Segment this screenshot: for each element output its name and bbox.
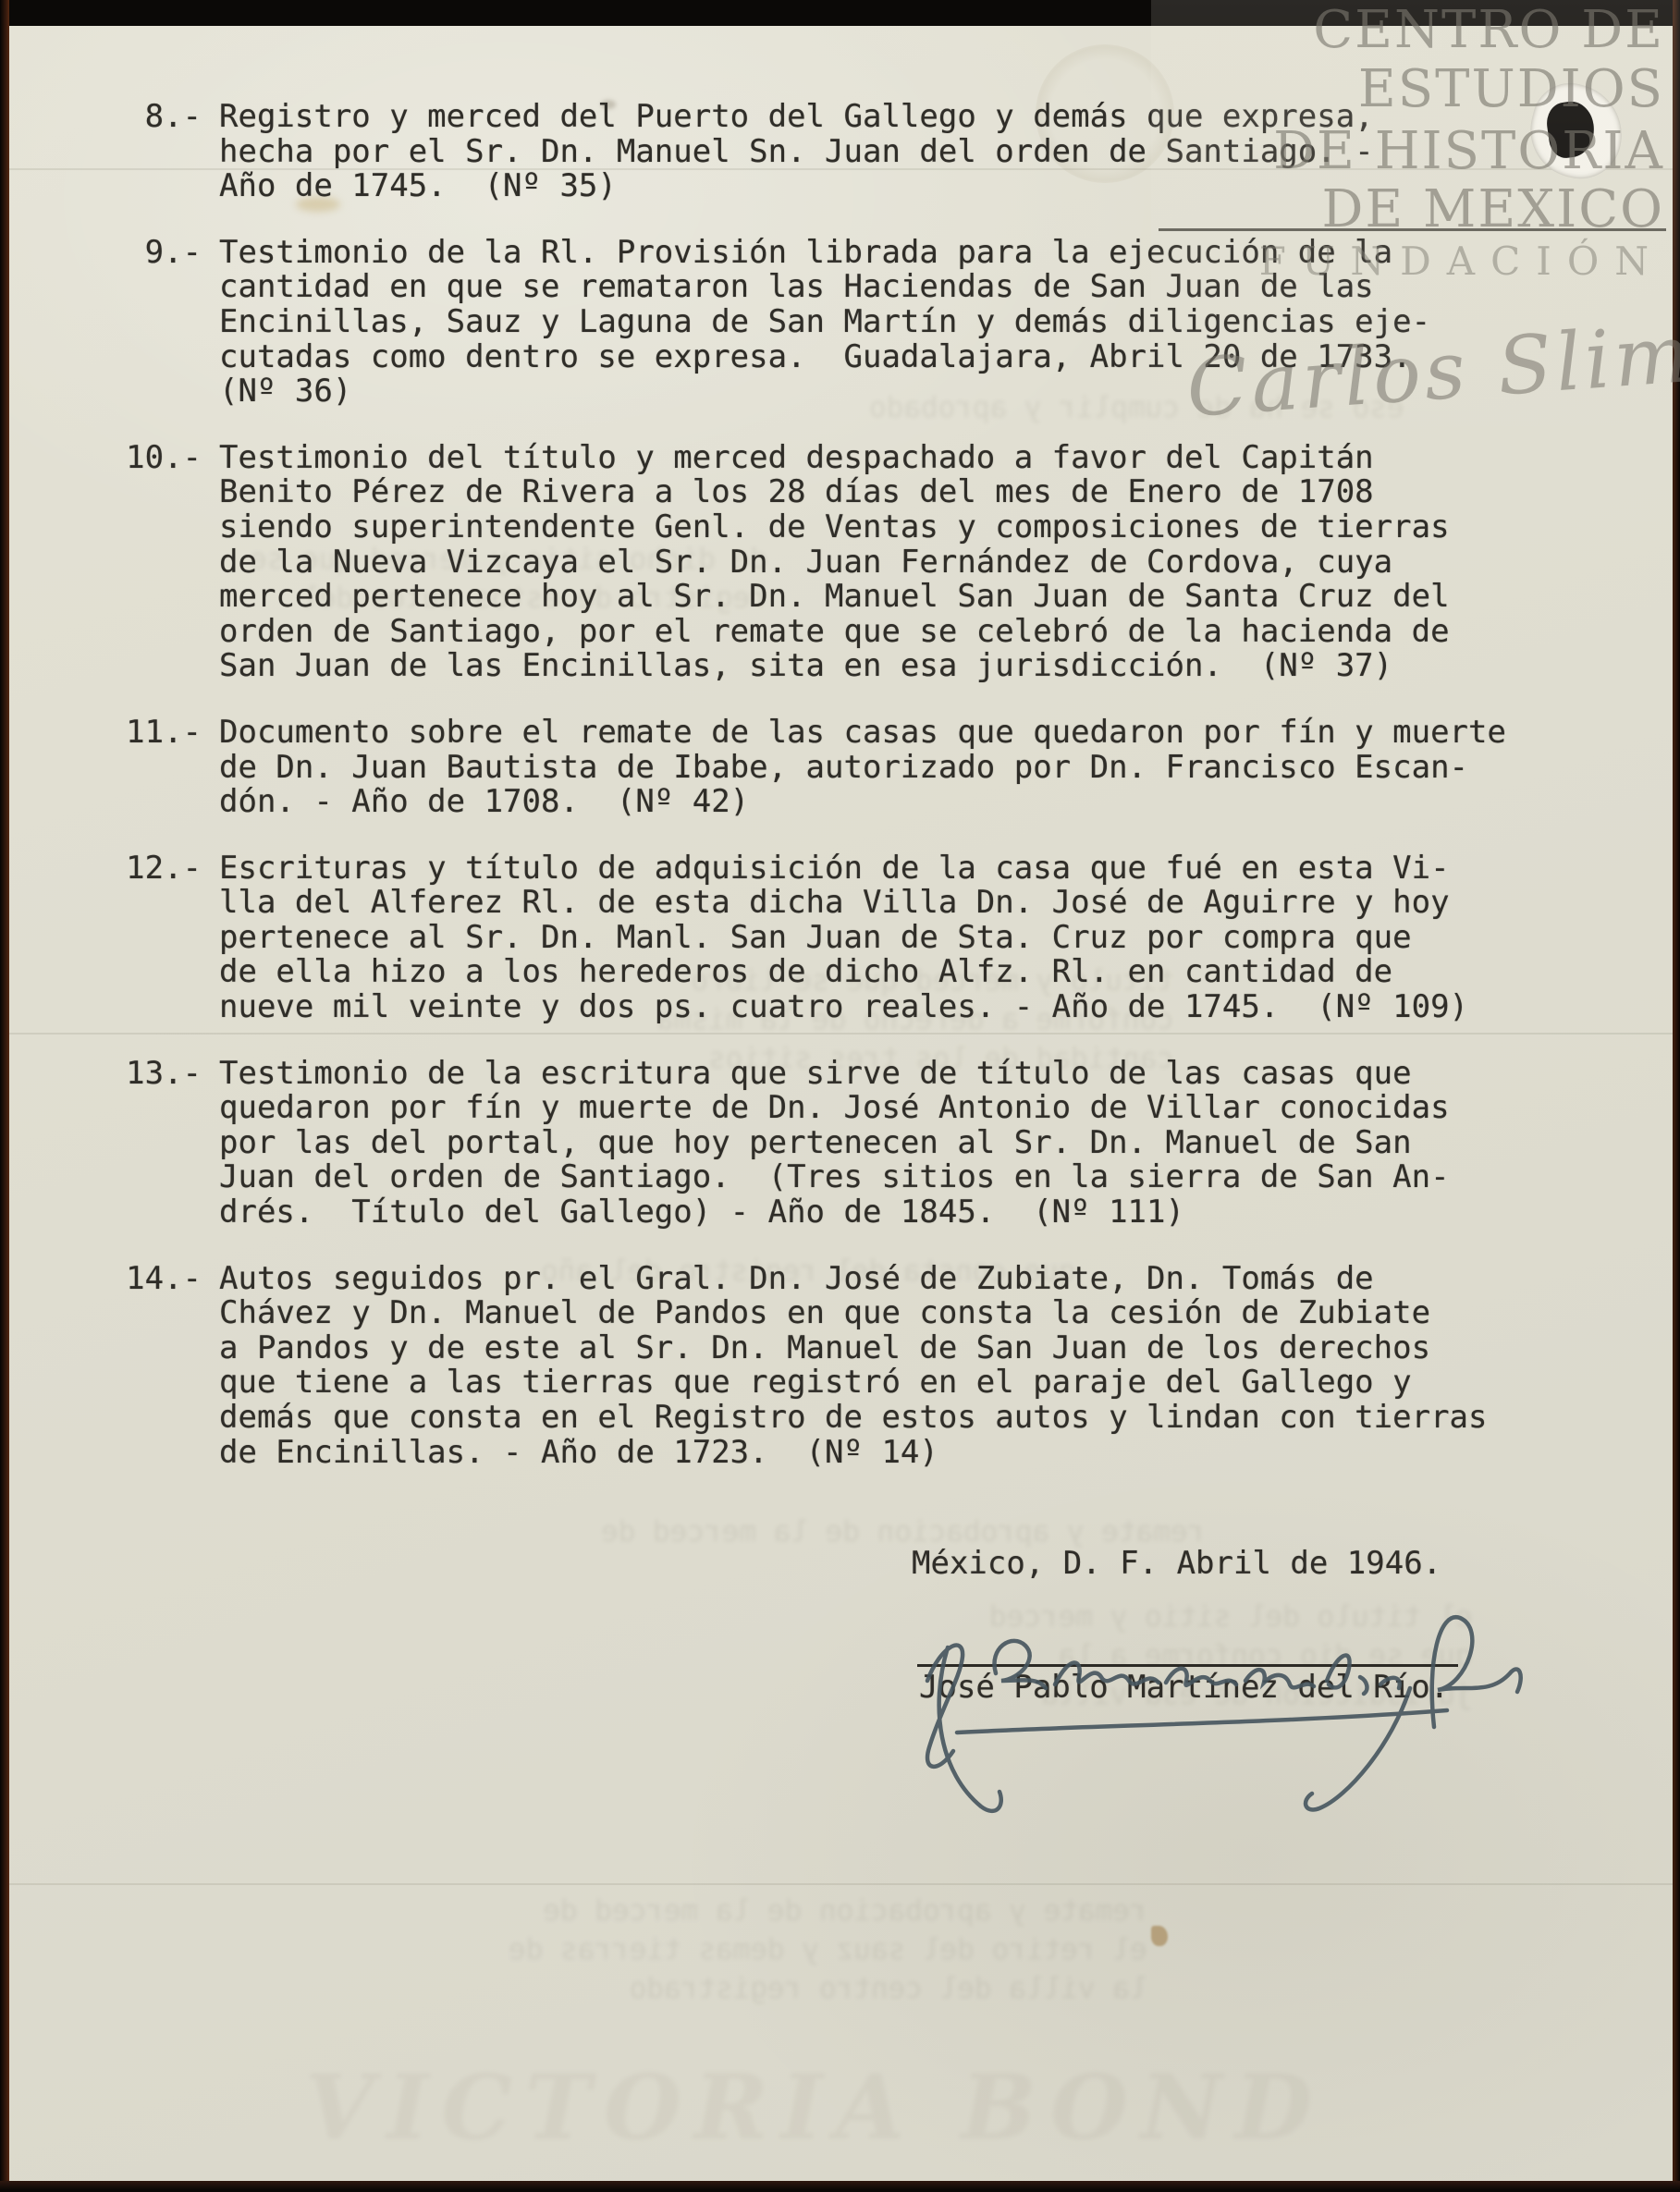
item-text: Escrituras y título de adquisición de la… [219,851,1468,1025]
scan-border-left [0,0,9,2192]
item-number: 8.- [126,100,202,135]
paper-sheet: eso se ha de cumplir y aprobado de dicho… [9,26,1673,2181]
watermark-rule [1159,228,1666,231]
handwritten-signature [892,1588,1530,1838]
list-item: 13.- Testimonio de la escritura que sirv… [126,1057,1673,1231]
scanned-document-page: eso se ha de cumplir y aprobado de dicho… [0,0,1680,2192]
speck [1151,1926,1168,1946]
item-number: 13.- [126,1057,202,1092]
inventory-list: 8.- Registro y merced del Puerto del Gal… [9,100,1673,1501]
scan-border-bottom [0,2181,1680,2192]
item-text: Autos seguidos pr. el Gral. Dn. José de … [219,1262,1487,1471]
item-number: 12.- [126,851,202,887]
item-text: Documento sobre el remate de las casas q… [219,716,1506,820]
item-text: Testimonio del título y merced despachad… [219,441,1450,684]
list-item: 14.- Autos seguidos pr. el Gral. Dn. Jos… [126,1262,1673,1471]
signature-rule [917,1664,1458,1667]
item-text: Testimonio de la escritura que sirve de … [219,1057,1450,1231]
item-number: 9.- [126,236,202,271]
scan-border-right [1673,0,1680,2192]
list-item: 11.- Documento sobre el remate de las ca… [126,716,1673,820]
item-number: 10.- [126,441,202,476]
list-item: 8.- Registro y merced del Puerto del Gal… [126,100,1673,204]
list-item: 12.- Escrituras y título de adquisición … [126,851,1673,1025]
item-number: 14.- [126,1262,202,1297]
item-text: Testimonio de la Rl. Provisión librada p… [219,236,1430,410]
signatory-typed-name: José Pablo Martínez del Río. [919,1671,1449,1706]
scan-border-top [0,0,1680,26]
item-number: 11.- [126,716,202,751]
item-text: Registro y merced del Puerto del Gallego… [219,100,1374,204]
bond-paper-watermark: VICTORIA BOND [305,2055,1325,2160]
paper-crease [9,1883,1673,1885]
list-item: 9.- Testimonio de la Rl. Provisión libra… [126,236,1673,410]
bleed-through-text: remate y aprobacion de la merced de el r… [509,1892,1147,2008]
list-item: 10.- Testimonio del título y merced desp… [126,441,1673,684]
dateline: México, D. F. Abril de 1946. [912,1547,1441,1582]
